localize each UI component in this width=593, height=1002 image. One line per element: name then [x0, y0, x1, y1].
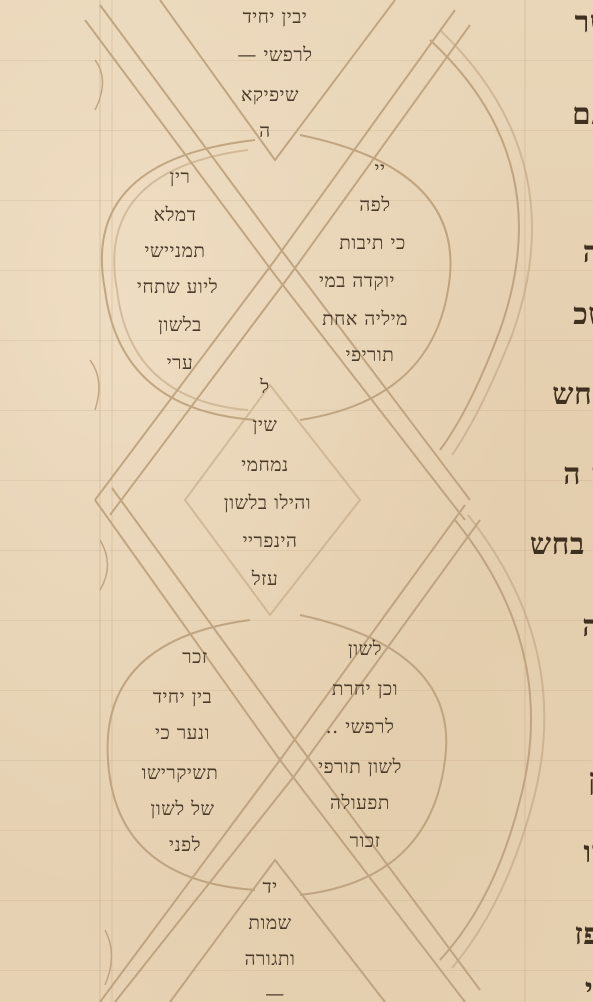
- masorah-lr-line-2: וכן יחרת: [300, 680, 430, 699]
- manuscript-page: יבין יחיד לרפשי — שיפיקא ה רין דמלא תמני…: [0, 0, 593, 1002]
- main-text-line-10: נ: [560, 690, 593, 720]
- masorah-ul-line-5: בלשון: [110, 316, 250, 335]
- masorah-ul-line-2: דמלא: [110, 206, 240, 225]
- masorah-ur-line-2: לפה: [320, 196, 430, 215]
- masorah-lr-line-3: לרפשי ..: [290, 718, 430, 737]
- main-text-line-11: ק: [545, 765, 593, 795]
- masorah-center-line-6: עזל: [235, 570, 295, 589]
- masorah-bottom-line-4: —: [210, 985, 340, 1002]
- masorah-top-line-1: יבין יחיד: [180, 8, 370, 27]
- main-text-line-4: לה: [525, 238, 593, 268]
- main-text-line-12: יו: [520, 838, 593, 868]
- masorah-ur-line-6: תוריפי: [315, 346, 425, 365]
- masorah-lr-line-6: זכור: [320, 832, 410, 851]
- masorah-top-line-3: שיפיקא: [195, 86, 345, 105]
- masorah-lr-line-1: לשון: [320, 640, 410, 659]
- main-text-line-2: תם: [490, 100, 593, 130]
- masorah-ur-line-4: יוקדה במי: [262, 272, 452, 291]
- masorah-bottom-line-2: שמות: [220, 914, 320, 933]
- main-text-line-14: פי: [540, 975, 593, 1002]
- masorah-center-line-5: הינפריי: [205, 532, 335, 551]
- masorah-ul-line-6: ערי: [120, 354, 240, 373]
- masorah-ur-line-3: כי תיבות: [300, 234, 445, 253]
- main-text-line-5: שכ: [500, 300, 593, 330]
- masorah-ll-line-5: של לשון: [110, 800, 255, 819]
- masorah-ur-line-5: מיליה אחת: [290, 310, 440, 329]
- masorah-ll-line-2: בין יחיד: [110, 688, 255, 707]
- masorah-center-line-4: והילו בלשון: [185, 494, 350, 513]
- masorah-ul-line-3: תמניישי: [100, 242, 250, 261]
- main-text-line-3: ת: [560, 160, 593, 190]
- masorah-lr-line-4: לשון תורפי: [270, 758, 450, 777]
- masorah-center-line-1: ל: [245, 378, 285, 397]
- masorah-ll-line-6: לפני: [130, 836, 240, 855]
- masorah-ll-line-1: זכר: [150, 648, 240, 667]
- masorah-lr-line-5: תפעולה: [295, 794, 425, 813]
- masorah-center-line-3: נמחמי: [205, 456, 325, 475]
- main-text-line-7: דן ה: [465, 460, 593, 490]
- masorah-ul-line-4: ליוע שתחי: [100, 278, 255, 297]
- masorah-bottom-line-1: יד: [250, 878, 290, 897]
- main-text-line-9: ה: [540, 612, 593, 642]
- masorah-ll-line-4: תשיקרישו: [100, 764, 260, 783]
- main-text-line-6: החש: [470, 380, 593, 410]
- masorah-ur-line-1: יי: [350, 160, 410, 179]
- masorah-center-line-2: שין: [225, 416, 305, 435]
- masorah-ll-line-3: ונער כי: [110, 724, 255, 743]
- main-text-line-1: ישר: [480, 8, 593, 38]
- masorah-top-line-2: לרפשי —: [180, 46, 370, 65]
- main-text-line-13: פז: [500, 920, 593, 950]
- masorah-bottom-line-3: ותגורה: [205, 950, 335, 969]
- masorah-ul-line-1: רין: [120, 168, 240, 187]
- main-text-line-8: ם בחש: [455, 530, 593, 560]
- masorah-top-line-4: ה: [235, 122, 295, 141]
